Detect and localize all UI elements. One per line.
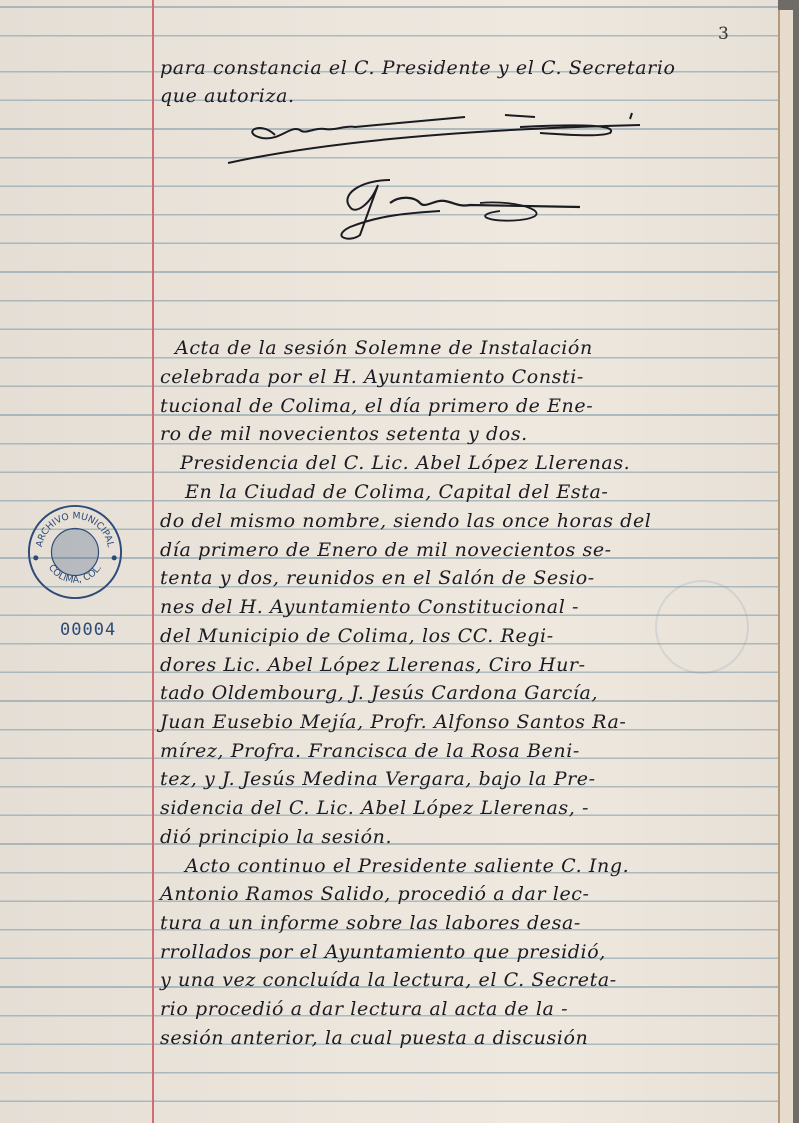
- para1-line: do del mismo nombre, siendo las once hor…: [160, 510, 651, 532]
- para2-line: Antonio Ramos Salido, procedió a dar lec…: [160, 883, 590, 905]
- faint-stamp-bleedthrough: [655, 580, 749, 674]
- para1-line: sidencia del C. Lic. Abel López Llerenas…: [160, 797, 589, 819]
- title-line-1: Acta de la sesión Solemne de Instalación: [175, 337, 593, 359]
- title-line-3: tucional de Colima, el día primero de En…: [160, 395, 593, 417]
- signature-2: [320, 175, 620, 245]
- para2-line: Acto continuo el Presidente saliente C. …: [185, 855, 629, 877]
- para1-line: tado Oldembourg, J. Jesús Cardona García…: [160, 682, 598, 704]
- para1-line: dores Lic. Abel López Llerenas, Ciro Hur…: [160, 654, 586, 676]
- para1-line: Juan Eusebio Mejía, Profr. Alfonso Santo…: [160, 711, 626, 733]
- para1-line: nes del H. Ayuntamiento Constitucional -: [160, 596, 579, 618]
- para1-line: del Municipio de Colima, los CC. Regi-: [160, 625, 554, 647]
- para2-line: sesión anterior, la cual puesta a discus…: [160, 1027, 588, 1049]
- para2-line: tura a un informe sobre las labores desa…: [160, 912, 581, 934]
- para1-line: día primero de Enero de mil novecientos …: [160, 539, 612, 561]
- para1-line: tez, y J. Jesús Medina Vergara, bajo la …: [160, 768, 596, 790]
- para2-line: y una vez concluída la lectura, el C. Se…: [160, 969, 617, 991]
- margin-line: [152, 0, 154, 1123]
- para1-line: mírez, Profra. Francisca de la Rosa Beni…: [160, 740, 580, 762]
- title-line-2: celebrada por el H. Ayuntamiento Consti-: [160, 366, 584, 388]
- para2-line: rio procedió a dar lectura al acta de la…: [160, 998, 568, 1020]
- page-edge: [778, 10, 780, 1123]
- page-number: 3: [718, 24, 729, 44]
- title-line-4: ro de mil novecientos setenta y dos.: [160, 423, 528, 445]
- presidency-line: Presidencia del C. Lic. Abel López Llere…: [180, 452, 630, 474]
- para1-line: En la Ciudad de Colima, Capital del Esta…: [185, 481, 608, 503]
- para1-line: tenta y dos, reunidos en el Salón de Ses…: [160, 567, 595, 589]
- closing-line-1: para constancia el C. Presidente y el C.…: [160, 57, 676, 79]
- signature-1: [220, 105, 660, 175]
- ledger-page: 3 para constancia el C. Presidente y el …: [0, 0, 778, 1123]
- closing-line-2: que autoriza.: [160, 85, 295, 107]
- archive-stamp: ARCHIVO MUNICIPAL COLIMA, COL.: [26, 503, 124, 601]
- para2-line: rrollados por el Ayuntamiento que presid…: [160, 941, 606, 963]
- para1-line: dió principio la sesión.: [160, 826, 392, 848]
- archive-number: 00004: [60, 620, 116, 640]
